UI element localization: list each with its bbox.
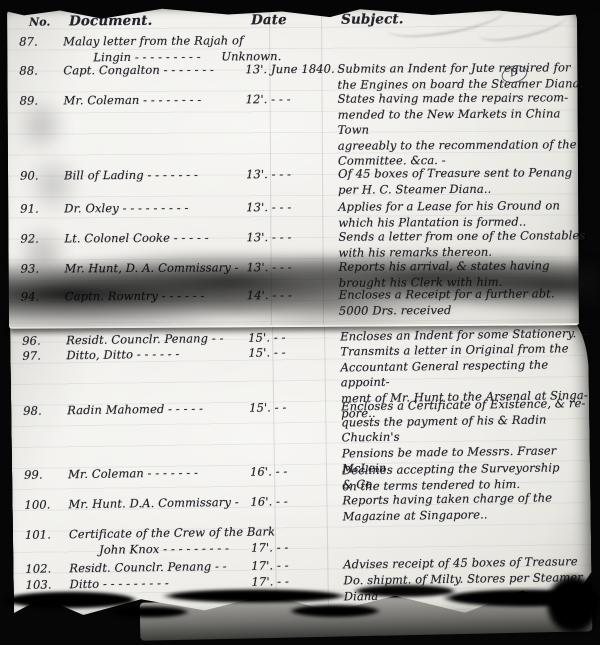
row-number: 103.: [26, 577, 68, 593]
row-number: 102.: [25, 561, 67, 577]
row-date: 14'. - - -: [247, 288, 339, 304]
row-subject: Sends a letter from one of the Constable…: [338, 228, 588, 261]
row-number: 93.: [21, 261, 63, 277]
row-number: 92.: [20, 231, 62, 247]
row-number: 97.: [22, 348, 64, 364]
row-date: 16'. - -: [250, 463, 342, 480]
row-number: 90.: [20, 168, 62, 184]
corner-shadow: [530, 557, 600, 643]
row-date: 13'. - - -: [246, 200, 338, 216]
row-subject: Declines accepting the Surveyorship on t…: [342, 460, 592, 494]
row-subject: Reports having taken charge of the Magaz…: [342, 490, 592, 524]
row-number: 87.: [19, 34, 61, 50]
row-date: 17'. - -: [251, 539, 343, 556]
row-date: 16'. - -: [250, 493, 342, 510]
row-subject: States having made the repairs recom- me…: [338, 90, 588, 169]
row-date: 12'. - - -: [246, 92, 338, 108]
row-number: 89.: [20, 93, 62, 109]
row-date: 15'. - -: [249, 399, 341, 416]
row-number: 101.: [25, 527, 67, 543]
row-subject: Submits an Indent for Jute required for …: [337, 60, 587, 93]
row-date: 13'. - - -: [246, 230, 338, 246]
row-number: 98.: [23, 403, 65, 419]
row-date: 13'. June 1840.: [245, 62, 337, 78]
row-number: 100.: [24, 497, 66, 513]
row-number: 91.: [20, 201, 62, 217]
row-subject: Applies for a Lease for his Ground on wh…: [338, 198, 588, 231]
row-date: 17'. - -: [251, 573, 343, 590]
register-page-lower: … rec’d — by Lt. Col. Montgomerie 96. Re…: [10, 314, 592, 622]
row-number: 88.: [19, 63, 61, 79]
scanned-register-page: … rec’d — by Lt. Col. Montgomerie 96. Re…: [0, 0, 600, 645]
row-number: 99.: [24, 467, 66, 483]
header-no: No.: [29, 14, 71, 30]
row-date: 17'. - -: [251, 557, 343, 574]
row-date: 15'. - -: [248, 344, 340, 361]
row-number: 94.: [21, 289, 63, 305]
row-subject: Of 45 boxes of Treasure sent to Penang p…: [338, 165, 588, 198]
row-date: 13'. - - -: [246, 167, 338, 183]
row-date: 13'. - - -: [247, 260, 339, 276]
register-page-upper: No. Document. Date Subject. 87. Malay le…: [7, 5, 579, 328]
row-subject: Encloses a Receipt for a further abt. 50…: [339, 286, 589, 319]
row-number: 96.: [22, 333, 64, 349]
